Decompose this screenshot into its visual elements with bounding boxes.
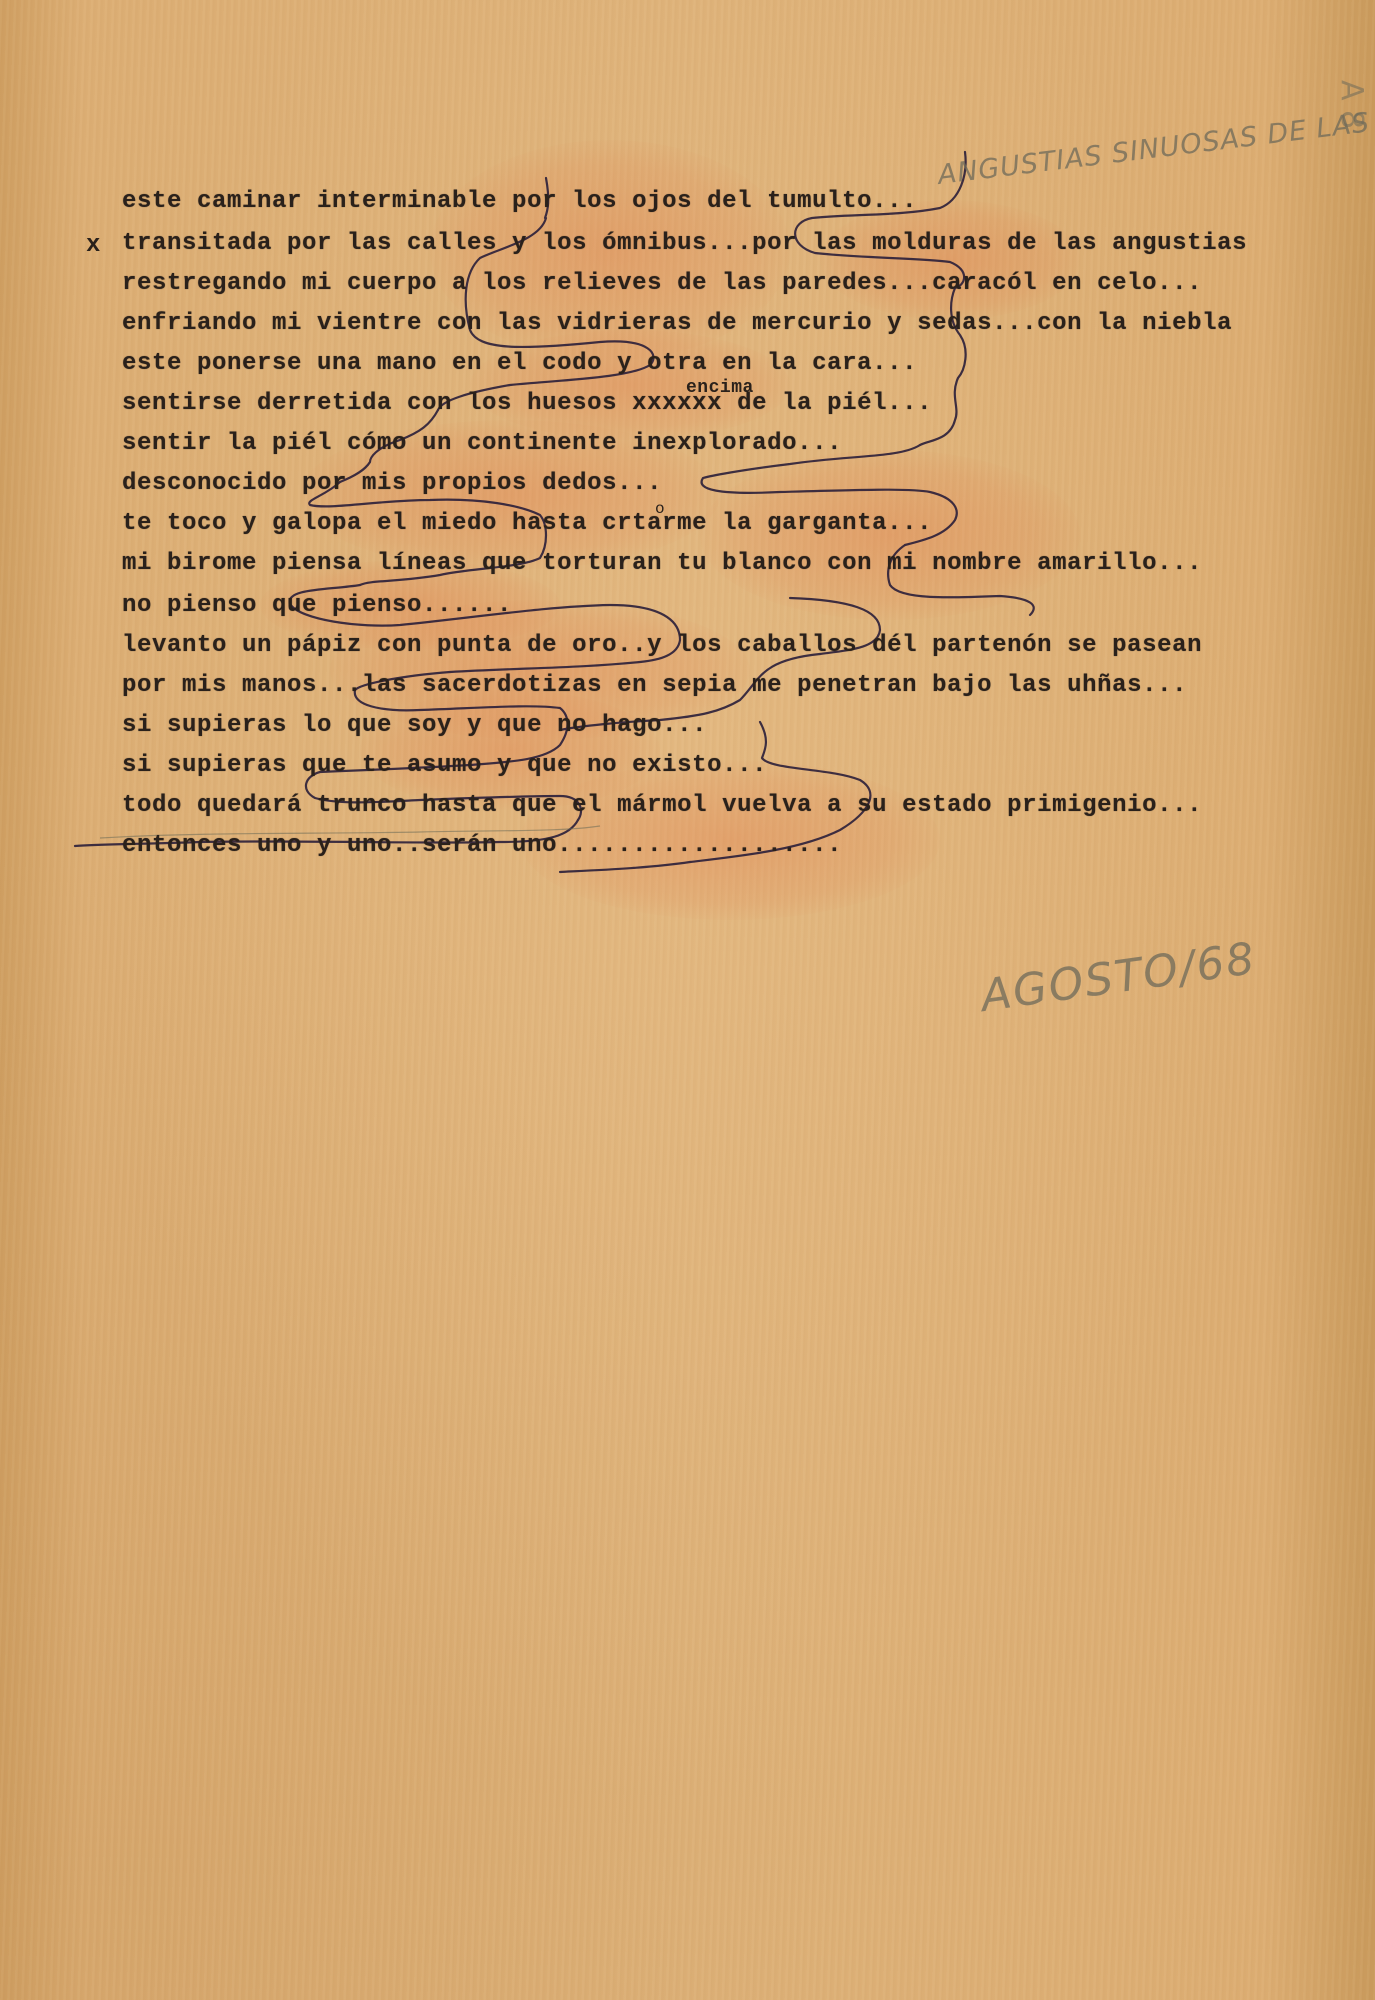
poem-line: este caminar interminable por los ojos d… [122, 188, 917, 215]
poem-line: levanto un pápiz con punta de oro..y los… [122, 632, 1202, 659]
poem-line: enfriando mi vientre con las vidrieras d… [122, 310, 1232, 337]
document-page: x este caminar interminable por los ojos… [0, 0, 1375, 2000]
poem-line: desconocido por mis propios dedos... [122, 470, 662, 497]
overtyped-correction: encima [686, 378, 754, 398]
poem-line: sentir la piél cómo un continente inexpl… [122, 430, 842, 457]
paper-texture [0, 0, 1375, 2000]
poem-line: te toco y galopa el miedo hasta crtarme … [122, 510, 932, 537]
poem-line: mi birome piensa líneas que torturan tu … [122, 550, 1202, 577]
handwritten-margin-note: ANGUSTIAS SINUOSAS DE LAS MOLDU [936, 93, 1375, 191]
poem-line: si supieras lo que soy y que no hago... [122, 712, 707, 739]
poem-line: no pienso que pienso...... [122, 592, 512, 619]
poem-line: sentirse derretida con los huesos xxxxxx… [122, 390, 932, 417]
poem-line: todo quedará trunco hasta que el mármol … [122, 792, 1202, 819]
ink-annotation-lines [0, 0, 1375, 2000]
poem-line: transitada por las calles y los ómnibus.… [122, 230, 1247, 257]
watercolor-wash [820, 200, 1080, 320]
margin-mark: x [86, 232, 100, 259]
poem-line: por mis manos...las sacerdotizas en sepi… [122, 672, 1187, 699]
handwritten-edge-mark: A 8 [1334, 80, 1369, 129]
poem-line: restregando mi cuerpo a los relieves de … [122, 270, 1202, 297]
inserted-letter: o [655, 500, 665, 518]
poem-line: este ponerse una mano en el codo y otra … [122, 350, 917, 377]
handwritten-date: AGOSTO/68 [978, 933, 1259, 1022]
poem-line: entonces uno y uno..serán uno...........… [122, 832, 842, 859]
poem-line: si supieras que te asumo y que no existo… [122, 752, 767, 779]
